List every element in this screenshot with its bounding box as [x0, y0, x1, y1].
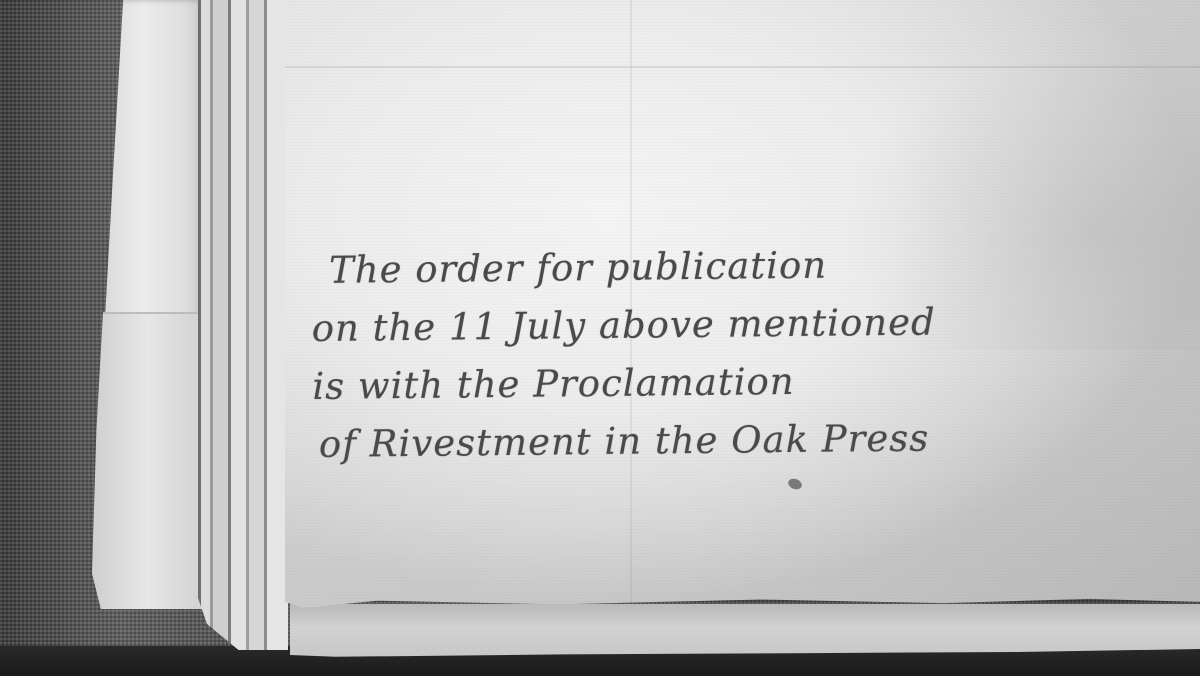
folded-outer-leaf-lower	[92, 312, 202, 609]
handwritten-note: The order for publication on the 11 July…	[311, 234, 1073, 474]
note-line-1: The order for publication	[311, 234, 1072, 300]
note-line-3: is with the Proclamation	[312, 350, 1073, 416]
note-line-2: on the 11 July above mentioned	[311, 292, 1072, 358]
page-stack-edges	[198, 0, 288, 650]
note-line-4: of Rivestment in the Oak Press	[313, 408, 1074, 474]
